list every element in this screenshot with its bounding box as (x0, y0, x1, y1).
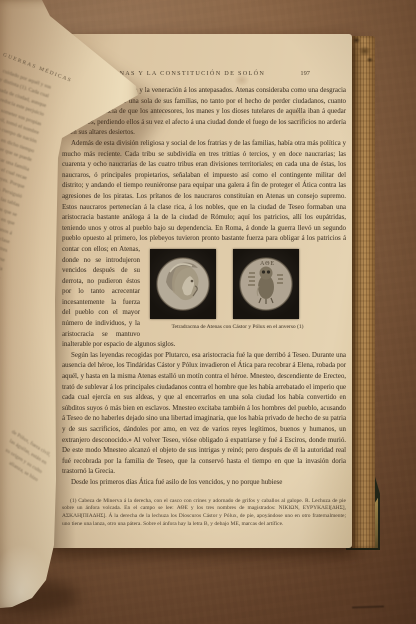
owl-coin-photo: ΑΘΕ (233, 249, 299, 319)
paragraph: Según las leyendas recogidas por Plutarc… (62, 351, 346, 478)
figure-caption: Tetradracma de Atenas con Cástor y Pólux… (150, 324, 346, 331)
coin-photos-row: ΑΘΕ (150, 249, 346, 319)
footnote: (1) Cabeza de Minerva á la derecha, con … (62, 498, 346, 529)
worn-page-corner (348, 30, 376, 64)
paragraph: Desde los primeros días Ática fué asilo … (62, 478, 346, 489)
left-page-text-lower: de Pólux, fuera civil,las águilas, están… (0, 367, 52, 486)
page-number: 197 (300, 70, 310, 77)
minerva-coin-photo (150, 249, 216, 319)
coin-field-letters: ΑΘΕ (260, 261, 275, 267)
coin-figure: ΑΘΕ Tetradracma de Atenas con Cástor y P… (144, 247, 346, 331)
running-title: ATENAS Y LA CONSTITUCIÓN DE SOLÓN (104, 70, 265, 77)
page-block-fore-edge (351, 36, 375, 548)
paragraph: Además de esta división religiosa y soci… (62, 139, 346, 351)
